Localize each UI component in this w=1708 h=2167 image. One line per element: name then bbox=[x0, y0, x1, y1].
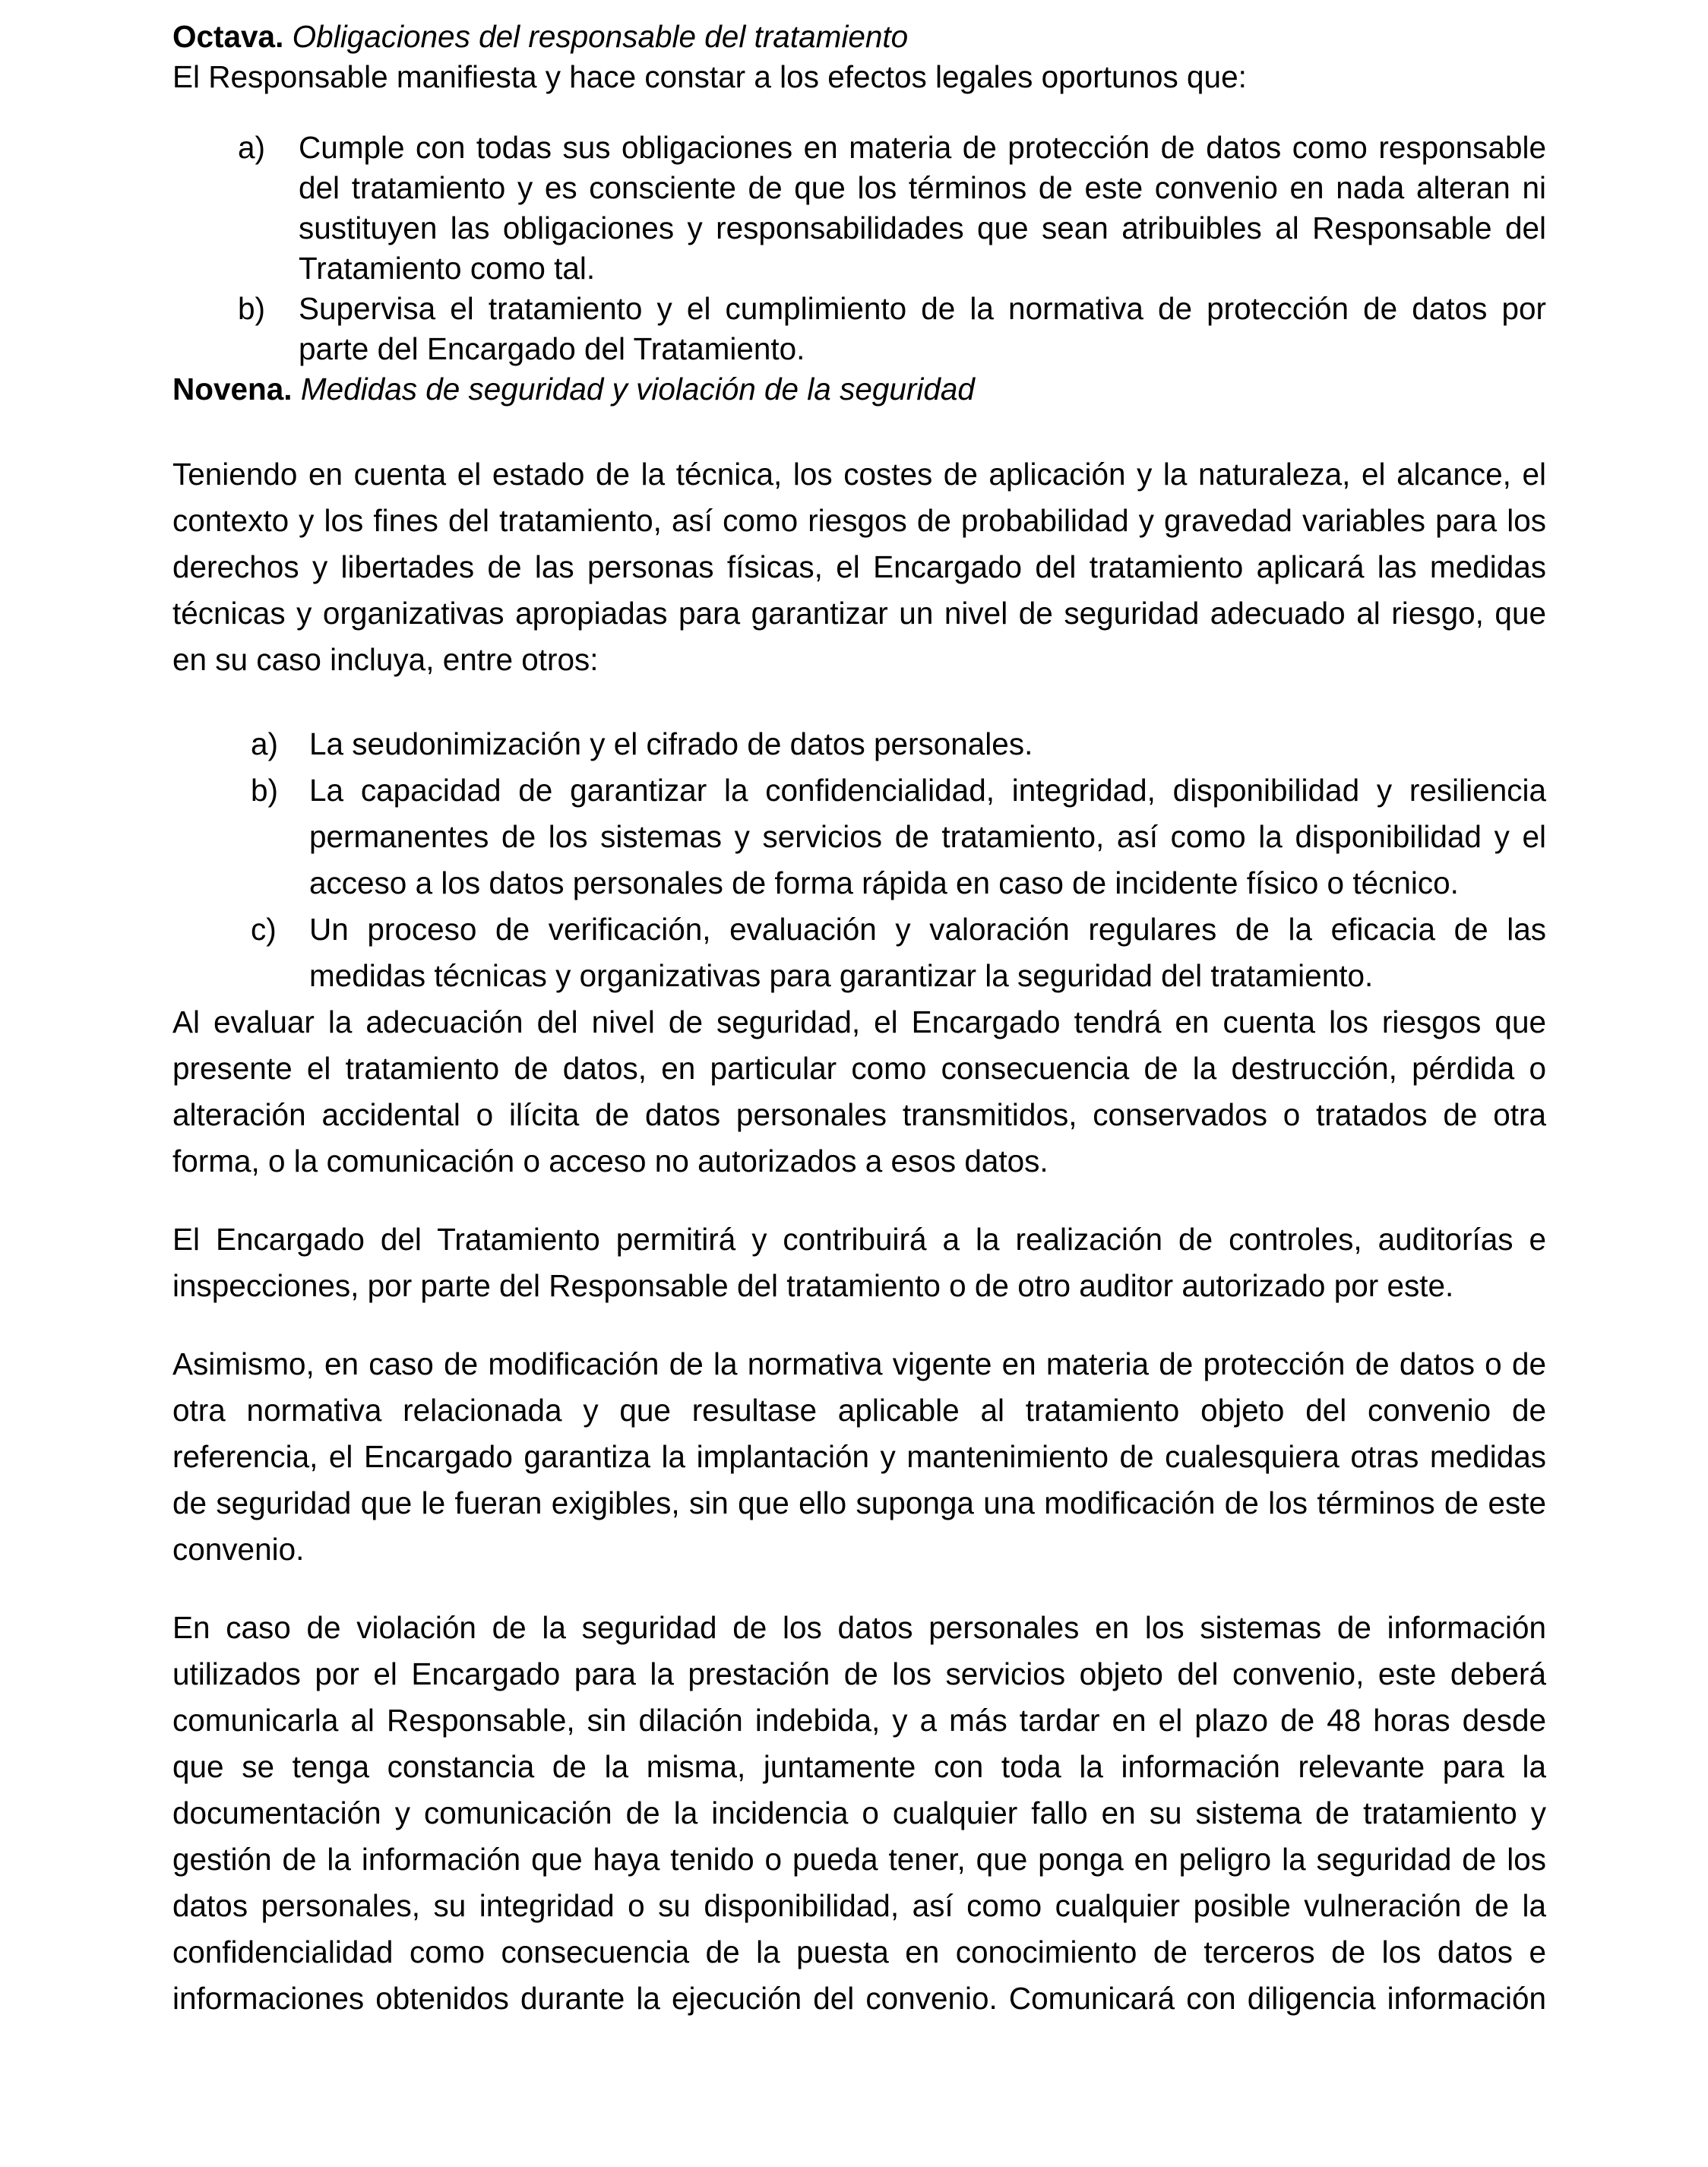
clause-octava-list: a)Cumple con todas sus obligaciones en m… bbox=[172, 128, 1546, 369]
list-marker: a) bbox=[238, 128, 299, 168]
clause-octava-intro: El Responsable manifiesta y hace constar… bbox=[172, 57, 1546, 97]
paragraph-teniendo: Teniendo en cuenta el estado de la técni… bbox=[172, 451, 1546, 683]
list-item-b: b)Supervisa el tratamiento y el cumplimi… bbox=[172, 289, 1546, 369]
list-item-text: Supervisa el tratamiento y el cumplimien… bbox=[299, 291, 1546, 366]
list-marker: c) bbox=[251, 906, 309, 953]
list-marker: b) bbox=[251, 767, 309, 814]
clause-novena-title: Medidas de seguridad y violación de la s… bbox=[301, 372, 975, 407]
list-item-text: Cumple con todas sus obligaciones en mat… bbox=[299, 130, 1546, 286]
list-item-c: c)Un proceso de verificación, evaluación… bbox=[172, 906, 1546, 999]
clause-octava-title: Obligaciones del responsable del tratami… bbox=[293, 19, 909, 54]
list-item-text: Un proceso de verificación, evaluación y… bbox=[309, 912, 1546, 993]
list-item-a: a)La seudonimización y el cifrado de dat… bbox=[172, 721, 1546, 767]
list-marker: a) bbox=[251, 721, 309, 767]
document-page: Octava.Obligaciones del responsable del … bbox=[0, 0, 1708, 2167]
clause-octava-number: Octava. bbox=[172, 19, 283, 54]
paragraph-al-evaluar: Al evaluar la adecuación del nivel de se… bbox=[172, 999, 1546, 1185]
paragraph-encargado-auditorias: El Encargado del Tratamiento permitirá y… bbox=[172, 1216, 1546, 1309]
clause-novena-list: a)La seudonimización y el cifrado de dat… bbox=[172, 721, 1546, 999]
paragraph-asimismo: Asimismo, en caso de modificación de la … bbox=[172, 1341, 1546, 1573]
list-marker: b) bbox=[238, 289, 299, 329]
clause-octava-heading: Octava.Obligaciones del responsable del … bbox=[172, 17, 1546, 57]
list-item-text: La seudonimización y el cifrado de datos… bbox=[309, 726, 1033, 761]
clause-novena-number: Novena. bbox=[172, 372, 293, 407]
paragraph-violacion-seguridad: En caso de violación de la seguridad de … bbox=[172, 1605, 1546, 2022]
list-item-text: La capacidad de garantizar la confidenci… bbox=[309, 773, 1546, 900]
list-item-a: a)Cumple con todas sus obligaciones en m… bbox=[172, 128, 1546, 289]
list-item-b: b)La capacidad de garantizar la confiden… bbox=[172, 767, 1546, 906]
clause-novena-heading: Novena.Medidas de seguridad y violación … bbox=[172, 369, 1546, 410]
